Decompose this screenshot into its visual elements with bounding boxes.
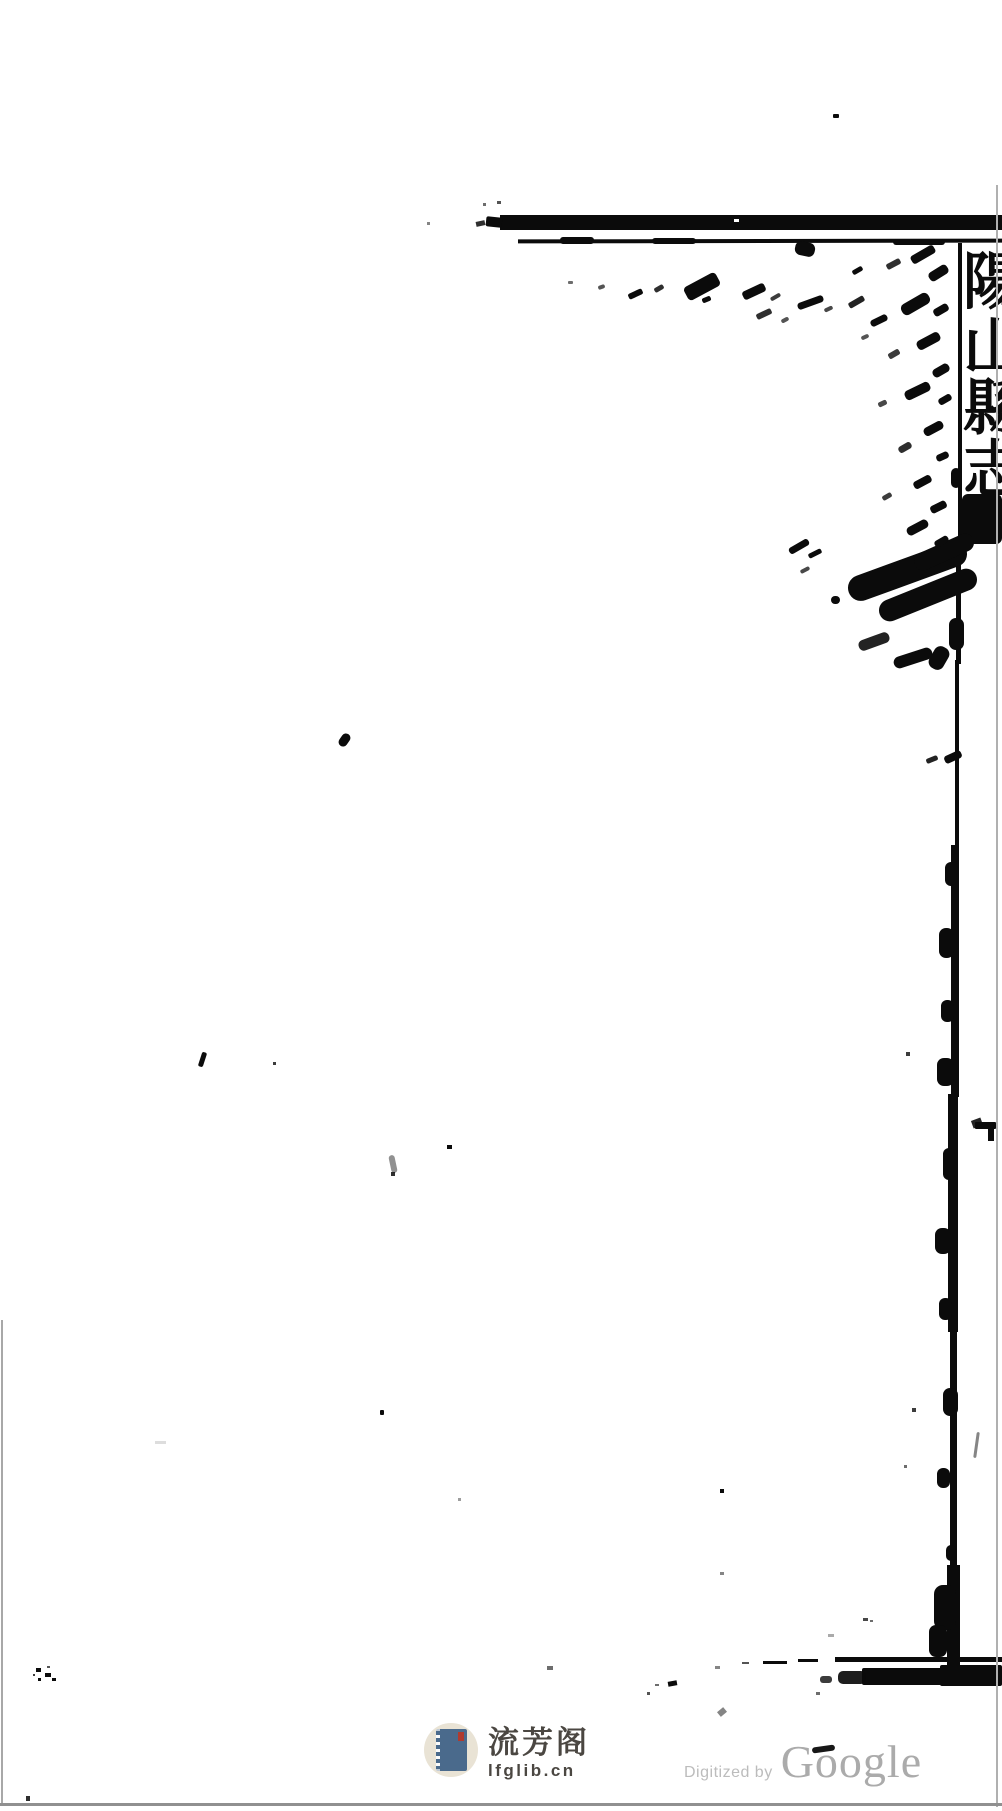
ink-stroke (198, 1052, 207, 1068)
ink-stroke (973, 1432, 980, 1458)
hatch-dash (683, 271, 722, 301)
column-ink-blob (926, 755, 939, 764)
ink-speck (720, 1489, 724, 1493)
ink-speck (380, 1410, 384, 1415)
noise-dash (929, 500, 948, 515)
ink-speck (45, 1673, 51, 1677)
ink-speck (483, 203, 486, 206)
column-ink-blob (949, 618, 964, 650)
ink-stroke (717, 1707, 727, 1717)
ink-speck (655, 1684, 659, 1686)
ink-speck (47, 1666, 50, 1668)
noise-dash (912, 474, 933, 490)
bottom-rule-dash (742, 1662, 749, 1664)
column-ink-blob (937, 1058, 954, 1086)
ink-smear (857, 631, 891, 652)
hatch-dash (797, 295, 825, 311)
ink-speck (912, 1408, 916, 1412)
noise-dash (935, 451, 950, 463)
hatch-dash (770, 293, 782, 302)
column-ink-blob (935, 1228, 951, 1254)
top-border-tip (486, 216, 503, 228)
ink-stroke (337, 732, 352, 749)
ink-speck (427, 222, 430, 225)
top-border-nick (734, 219, 739, 222)
ink-speck (26, 1796, 30, 1801)
top-rule-bump (652, 238, 696, 244)
noise-dash (905, 518, 930, 537)
hatch-dash (598, 284, 606, 290)
ink-speck (547, 1666, 553, 1670)
top-border-bar (500, 215, 1002, 230)
column-ink-blob (939, 1298, 952, 1320)
hatch-dash (848, 295, 866, 309)
column-ink-blob (934, 1585, 956, 1630)
noise-dash (897, 441, 913, 454)
ink-smear (892, 646, 934, 670)
noise-dash (909, 244, 936, 265)
ink-speck (458, 1498, 461, 1501)
ink-speck (391, 1172, 395, 1176)
scan-edge-left (1, 1320, 3, 1806)
ink-speck (36, 1668, 41, 1672)
ink-speck (52, 1678, 56, 1681)
top-rule-bump (893, 239, 945, 245)
ink-speck (816, 1692, 820, 1695)
bottom-border-chunk (838, 1671, 866, 1684)
column-rule-seg (950, 1330, 957, 1567)
column-rule-seg (948, 1094, 958, 1332)
column-ink-blob (943, 1148, 955, 1180)
ink-speck (38, 1678, 41, 1681)
bottom-border-chunk (820, 1676, 832, 1683)
noise-dash (899, 291, 932, 317)
noise-dash (922, 420, 945, 438)
hatch-dash (824, 305, 834, 312)
column-ink-blob (939, 928, 954, 958)
column-ink-blob (941, 1000, 954, 1022)
ink-speck (904, 1465, 907, 1468)
ink-dash (808, 548, 823, 559)
ink-dash (788, 538, 811, 555)
ink-speck (33, 1674, 35, 1676)
top-rule-bump (560, 237, 594, 244)
ink-dot (831, 596, 840, 604)
hatch-dash (851, 266, 863, 276)
top-border-tip (476, 220, 486, 227)
bottom-rule-dash (798, 1659, 818, 1662)
column-ink-blob (945, 862, 958, 886)
noise-dash (915, 331, 942, 352)
hatch-dash (568, 281, 573, 284)
ink-stroke (388, 1155, 398, 1174)
column-ink-blob (951, 468, 961, 488)
column-ink-blob (943, 1388, 958, 1416)
bottom-rule-dash (763, 1661, 787, 1664)
column-ink-blob (929, 1625, 947, 1657)
noise-dash (885, 258, 901, 270)
ink-mark (668, 1680, 678, 1686)
column-ink-blob (937, 1468, 950, 1488)
ink-dash (155, 1441, 166, 1444)
ink-speck (715, 1666, 720, 1669)
bottom-border-bar (940, 1665, 1002, 1686)
noise-dash (881, 492, 892, 501)
column-ink-blob (946, 1545, 956, 1561)
noise-dash (937, 393, 953, 406)
ink-speck (720, 1572, 724, 1575)
ink-speck (647, 1692, 650, 1695)
hook-mark (988, 1127, 994, 1141)
scanned-page: 陽山縣志 流芳阁 lfglib.cn Digitized by Google (0, 0, 1002, 1811)
noise-dash (903, 381, 932, 402)
ink-speck (497, 201, 501, 204)
hatch-dash (755, 308, 772, 320)
google-smudge (812, 1744, 836, 1753)
ink-dash (800, 566, 811, 574)
noise-dash (927, 263, 950, 283)
hatch-dash (701, 295, 711, 303)
ink-speck (828, 1634, 834, 1637)
noise-dash (877, 399, 887, 407)
noise-dash (861, 333, 870, 340)
ink-speck (863, 1618, 868, 1621)
hatch-dash (653, 284, 664, 293)
hatch-dash (781, 316, 790, 323)
ink-speck (870, 1620, 873, 1622)
ink-speck (833, 114, 839, 118)
noise-dash (887, 348, 900, 359)
ink-speck (447, 1145, 452, 1149)
noise-dash (869, 313, 888, 327)
hatch-dash (741, 282, 767, 300)
column-ink-blob (943, 750, 963, 765)
noise-dash (931, 362, 951, 379)
bottom-rule-thin (835, 1657, 1002, 1662)
ink-speck (273, 1062, 276, 1065)
ink-speck (906, 1052, 910, 1056)
hatch-dash (627, 288, 643, 300)
scan-edge-right (996, 185, 998, 1807)
noise-dash (932, 303, 950, 318)
scan-edge-bottom (0, 1803, 1002, 1806)
scan-artifacts-layer (0, 0, 1002, 1811)
